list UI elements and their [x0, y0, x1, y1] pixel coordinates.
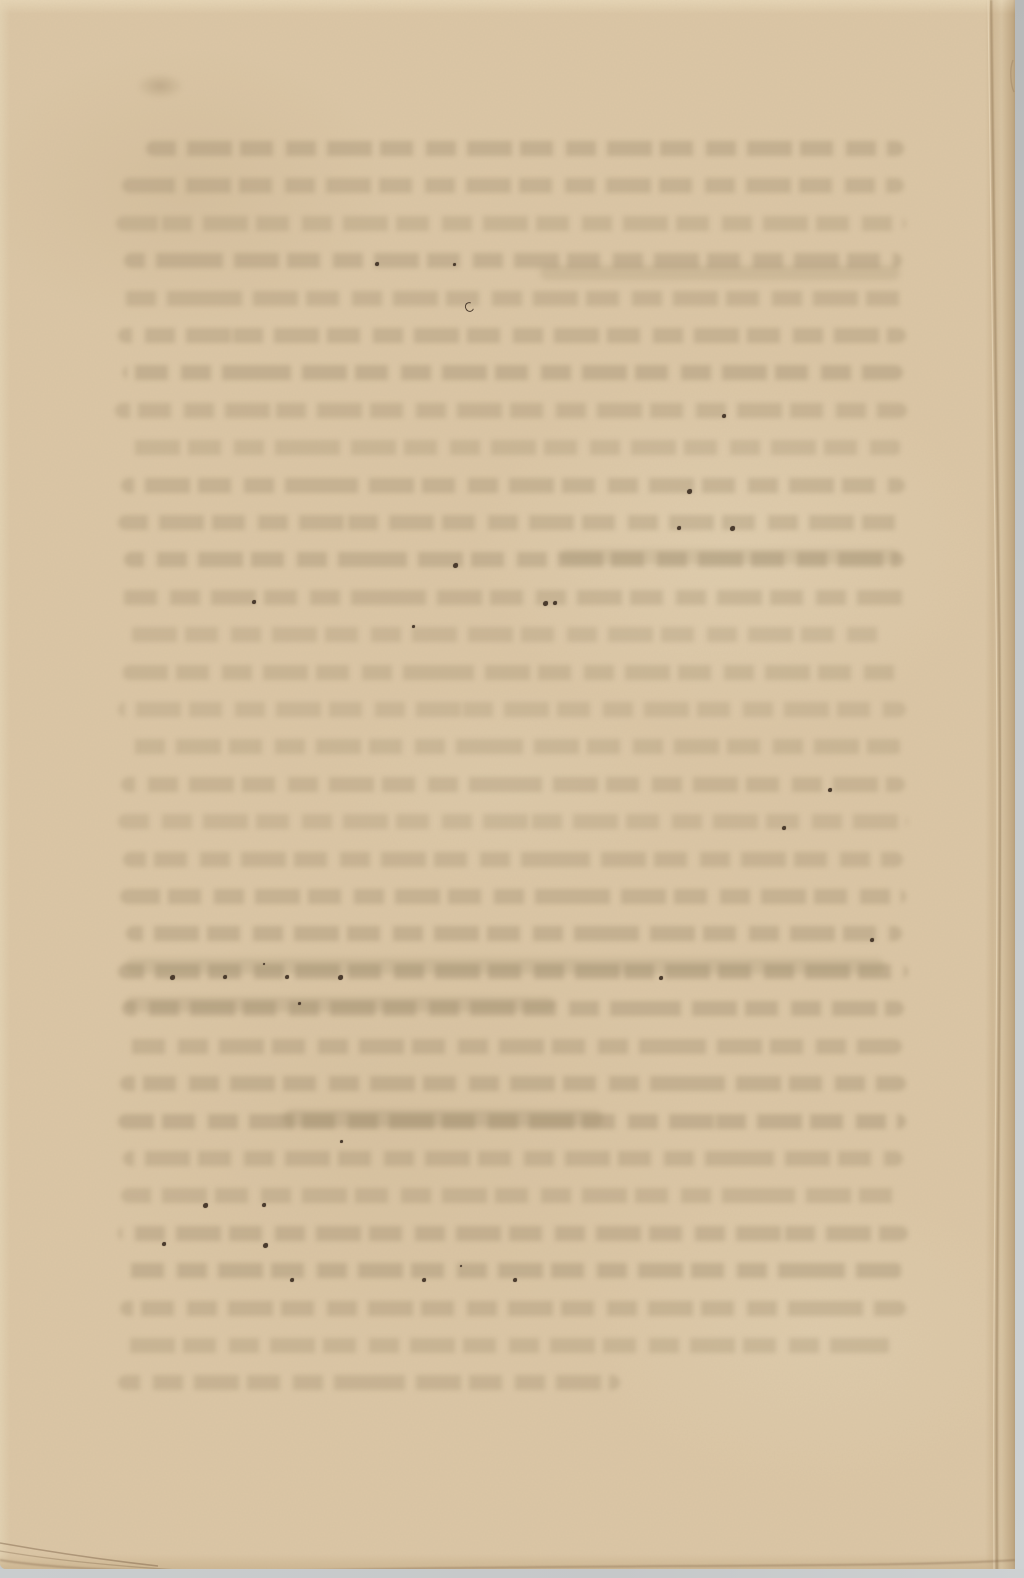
showthrough-line	[121, 777, 905, 792]
ink-speck	[203, 1203, 208, 1208]
ink-speck	[722, 414, 726, 418]
showthrough-text-block	[0, 0, 1015, 1570]
ink-speck	[290, 1278, 294, 1282]
showthrough-dark-patch	[125, 958, 885, 974]
showthrough-line	[128, 627, 884, 642]
showthrough-dark-patch	[283, 1110, 603, 1127]
showthrough-line	[118, 1226, 908, 1241]
paper	[0, 0, 1015, 1570]
showthrough-line	[122, 665, 904, 680]
ink-speck	[828, 788, 832, 792]
ink-speck	[262, 1203, 266, 1207]
showthrough-line	[118, 515, 908, 530]
ink-speck	[553, 601, 557, 605]
showthrough-line	[146, 141, 904, 156]
showthrough-line	[116, 216, 906, 231]
ink-speck	[453, 263, 456, 266]
scanner-background-bottom	[0, 1569, 1024, 1578]
ink-speck	[223, 975, 227, 979]
ink-speck	[659, 976, 663, 980]
ink-speck	[285, 975, 289, 979]
showthrough-line	[126, 440, 902, 455]
showthrough-line	[120, 1301, 906, 1316]
showthrough-line	[123, 1151, 903, 1166]
showthrough-line	[120, 291, 906, 306]
showthrough-line	[121, 478, 905, 493]
showthrough-dark-patch	[540, 265, 900, 280]
ink-speck	[298, 1002, 301, 1005]
showthrough-line	[115, 403, 907, 418]
showthrough-line	[123, 852, 903, 867]
showthrough-line	[123, 365, 903, 380]
deckle-edge-shading	[985, 0, 1015, 1570]
ink-speck	[543, 601, 548, 606]
showthrough-line	[118, 702, 906, 717]
showthrough-line	[124, 1039, 902, 1054]
ink-speck	[412, 625, 415, 628]
ink-speck	[453, 563, 458, 568]
showthrough-line	[123, 1338, 893, 1353]
showthrough-dark-patch	[560, 549, 900, 564]
ink-speck	[513, 1278, 517, 1282]
ink-speck	[782, 826, 786, 830]
showthrough-dark-patch	[125, 997, 555, 1012]
showthrough-line	[118, 814, 908, 829]
ink-speck	[870, 938, 874, 942]
showthrough-line	[125, 1263, 903, 1278]
showthrough-line	[120, 889, 906, 904]
ink-speck	[340, 1140, 343, 1143]
ink-speck	[162, 1242, 166, 1246]
scanner-background-right	[1015, 0, 1024, 1578]
ink-speck	[687, 489, 692, 494]
ink-speck	[338, 975, 343, 980]
ink-speck	[375, 262, 379, 266]
ink-speck	[170, 975, 175, 980]
showthrough-line	[120, 1076, 906, 1091]
showthrough-line	[125, 739, 903, 754]
ink-speck	[730, 526, 735, 531]
ink-speck	[263, 963, 265, 965]
showthrough-line	[126, 926, 902, 941]
ink-speck	[422, 1278, 426, 1282]
scanned-page	[0, 0, 1024, 1578]
showthrough-line	[118, 328, 906, 343]
showthrough-line	[118, 1375, 620, 1390]
ink-speck	[252, 600, 256, 604]
ink-speck	[263, 1243, 268, 1248]
showthrough-line	[122, 178, 904, 193]
ink-speck	[460, 1265, 462, 1267]
showthrough-line	[120, 590, 906, 605]
ink-speck	[677, 526, 681, 530]
showthrough-line	[121, 1188, 905, 1203]
